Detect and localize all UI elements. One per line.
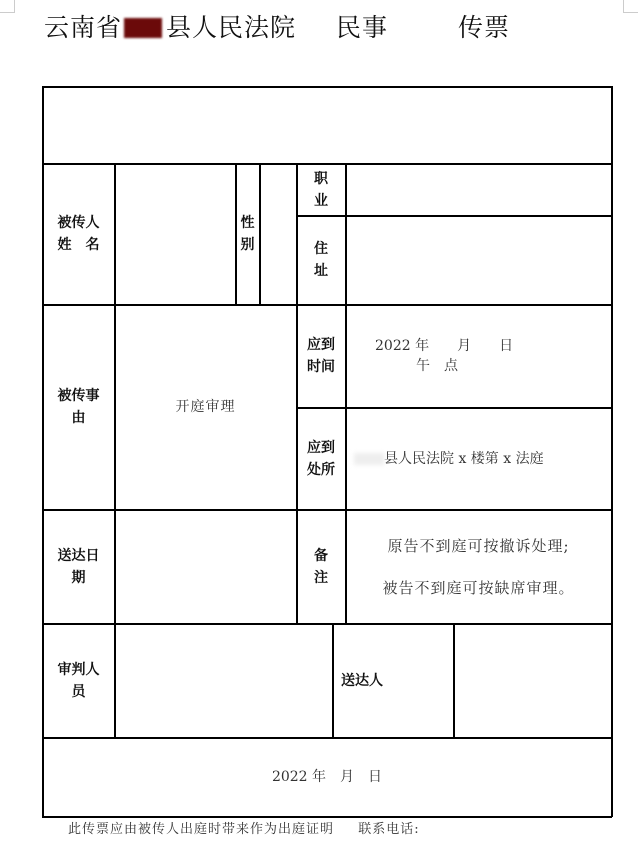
header-blank-cell[interactable] [43,87,611,163]
gender-label: 性 别 [236,164,259,304]
name-label: 被传人 姓 名 [43,164,114,304]
reason-label: 被传事 由 [43,305,114,509]
delivery-date-label: 送达日 期 [43,510,114,623]
footer-note: 此传票应由被传人出庭时带来作为出庭证明 联系电话: [68,818,420,837]
label-line: 住 [314,238,328,260]
label-line: 址 [314,260,328,282]
appear-time-field[interactable]: 2022 年 月 日 午 点 [346,305,611,407]
label-line: 应到 [307,437,335,459]
delivery-date-field[interactable] [115,510,296,623]
appear-time-label: 应到 时间 [297,305,345,407]
address-field[interactable] [346,216,611,304]
label-line: 性 [241,212,255,234]
label-line: 职 [314,168,328,190]
label-line: 业 [314,190,328,212]
occupation-field[interactable] [346,164,611,215]
label-line: 注 [314,567,328,589]
label-line: 被传事 [58,385,100,407]
case-type: 民事 [336,8,388,44]
table-border [611,86,613,817]
redacted-county-name [124,18,162,38]
label-line: 由 [72,407,86,429]
remarks-label: 备 注 [297,510,345,623]
server-field[interactable] [454,624,611,737]
appear-place-field[interactable]: 县人民法院 x 楼第 x 法庭 [346,408,611,509]
footer-note-text: 此传票应由被传人出庭时带来作为出庭证明 [68,822,334,837]
remarks-line-plaintiff: 原告不到庭可按撤诉处理; [387,525,569,567]
label-line: 审判人 [58,659,100,681]
appear-place-label: 应到 处所 [297,408,345,509]
time-date-line: 2022 年 月 日 [346,336,513,356]
remarks-field: 原告不到庭可按撤诉处理; 被告不到庭可按缺席审理。 [346,510,611,623]
redacted-county [354,453,384,465]
label-line: 别 [241,234,255,256]
title-suffix: 县人民法院 [166,8,296,44]
label-line: 处所 [307,459,335,481]
label-line: 姓 名 [58,234,100,256]
page-corner-mark [0,0,15,13]
address-label: 住 址 [297,216,345,304]
label-line: 被传人 [58,212,100,234]
judge-field[interactable] [115,624,332,737]
reason-field[interactable]: 开庭审理 [115,305,296,509]
page-corner-mark [623,0,638,13]
occupation-label: 职 业 [297,164,345,215]
doc-type: 传票 [458,8,510,44]
gender-field[interactable] [260,164,296,304]
server-label: 送达人 [333,624,453,737]
label-line: 期 [72,567,86,589]
remarks-line-defendant: 被告不到庭可按缺席审理。 [382,567,574,609]
issue-date[interactable]: 2022 年 月 日 [43,738,611,816]
contact-phone-label: 联系电话: [358,822,419,837]
page-title: 云南省县人民法院民事传票 [44,8,510,44]
label-line: 应到 [307,334,335,356]
name-field[interactable] [115,164,235,304]
label-line: 员 [72,681,86,703]
judge-label: 审判人 员 [43,624,114,737]
label-line: 送达日 [58,545,100,567]
label-line: 备 [314,545,328,567]
place-text: 县人民法院 x 楼第 x 法庭 [384,449,544,469]
time-hour-line: 午 点 [346,356,458,376]
label-line: 时间 [307,356,335,378]
title-prefix: 云南省 [44,8,122,44]
